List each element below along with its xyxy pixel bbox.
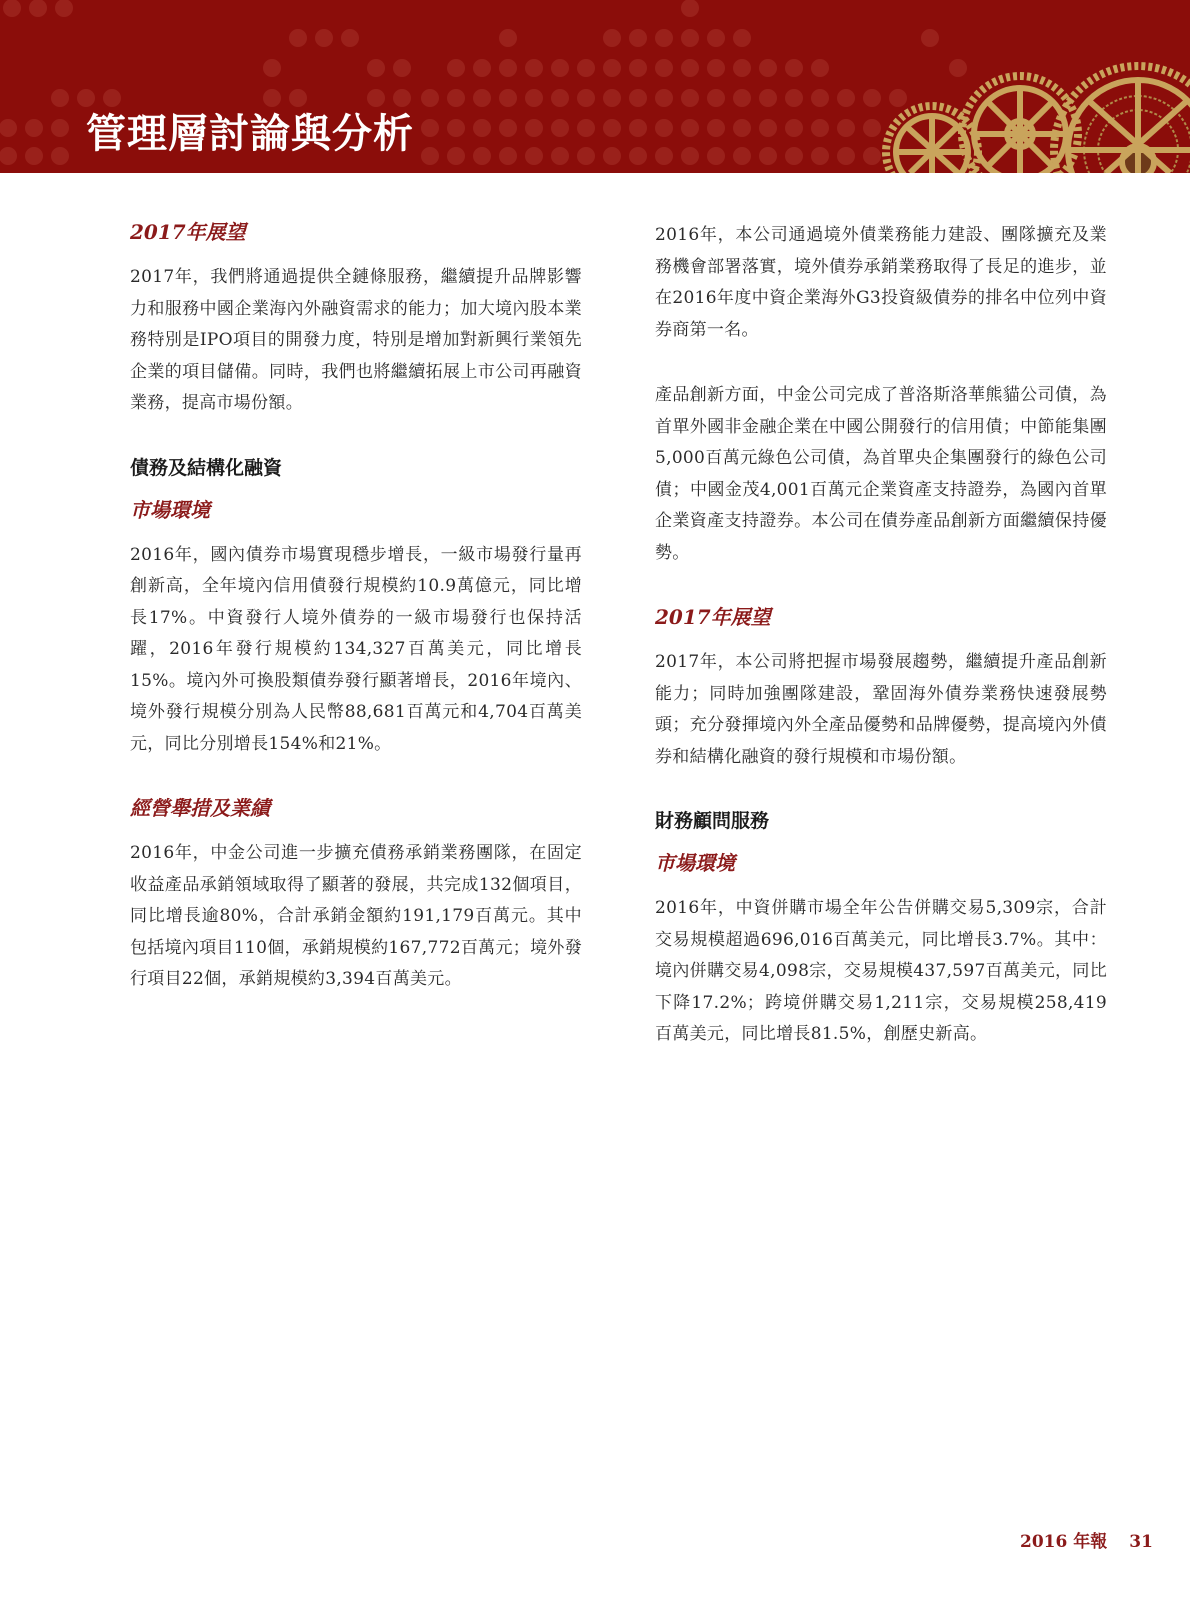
- ma-market-paragraph: 2016年，中資併購市場全年公告併購交易5,309宗，合計交易規模超過696,0…: [655, 893, 1107, 1051]
- gears-illustration-icon: [870, 40, 1190, 173]
- page-title: 管理層討論與分析: [86, 110, 414, 158]
- product-innovation-paragraph: 產品創新方面，中金公司完成了普洛斯洛華熊貓公司債，為首單外國非金融企業在中國公開…: [655, 380, 1107, 569]
- market-environment-heading: 市場環境: [130, 496, 582, 524]
- market-environment-heading-right: 市場環境: [655, 849, 1107, 877]
- outlook-heading: 2017年展望: [130, 218, 582, 246]
- section-heading-advisory: 財務顧問服務: [655, 807, 1107, 835]
- page-number: 31: [1129, 1532, 1153, 1552]
- right-column: 2016年，本公司通過境外債業務能力建設、團隊擴充及業務機會部署落實，境外債券承…: [655, 220, 1107, 1085]
- left-column: 2017年展望 2017年，我們將通過提供全鏈條服務，繼續提升品牌影響力和服務中…: [130, 218, 582, 1030]
- operations-paragraph: 2016年，中金公司進一步擴充債務承銷業務團隊，在固定收益產品承銷領域取得了顯著…: [130, 838, 582, 996]
- outlook-heading-right: 2017年展望: [655, 603, 1107, 631]
- header-banner: 管理層討論與分析: [0, 0, 1190, 173]
- outlook-paragraph: 2017年，我們將通過提供全鏈條服務，繼續提升品牌影響力和服務中國企業海內外融資…: [130, 262, 582, 420]
- section-heading-debt-financing: 債務及結構化融資: [130, 454, 582, 482]
- report-label: 2016 年報: [1020, 1532, 1107, 1552]
- market-environment-paragraph: 2016年，國內債券市場實現穩步增長，一級市場發行量再創新高，全年境內信用債發行…: [130, 540, 582, 761]
- outlook-paragraph-right: 2017年，本公司將把握市場發展趨勢，繼續提升產品創新能力；同時加強團隊建設，鞏…: [655, 647, 1107, 773]
- operations-heading: 經營舉措及業績: [130, 794, 582, 822]
- page-footer: 2016 年報31: [1020, 1527, 1153, 1552]
- overseas-bond-paragraph: 2016年，本公司通過境外債業務能力建設、團隊擴充及業務機會部署落實，境外債券承…: [655, 220, 1107, 346]
